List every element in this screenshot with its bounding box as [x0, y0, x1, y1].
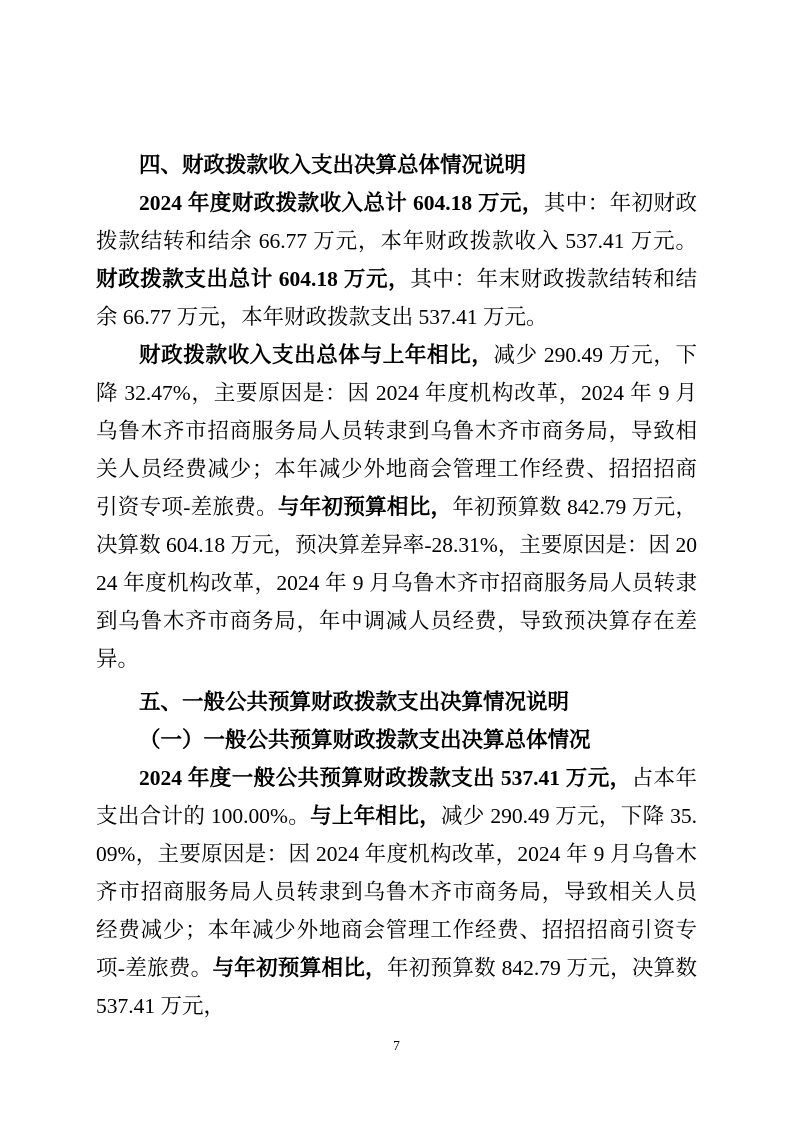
section-heading-four: 四、财政拨款收入支出决算总体情况说明 [96, 146, 697, 184]
subsection-heading-five-one: （一）一般公共预算财政拨款支出决算总体情况 [96, 721, 697, 759]
page-number: 7 [0, 1038, 793, 1054]
bold-run: 财政拨款支出总计 604.18 万元， [96, 267, 410, 291]
para-yoy-and-budget-comparison: 财政拨款收入支出总体与上年相比，减少 290.49 万元，下降 32.47%，主… [96, 336, 697, 678]
bold-run: 2024 年度一般公共预算财政拨款支出 537.41 万元， [139, 766, 632, 790]
bold-run: 与年初预算相比， [278, 495, 452, 519]
bold-run: 财政拨款收入支出总体与上年相比， [139, 343, 494, 367]
para-fiscal-appropriation-totals: 2024 年度财政拨款收入总计 604.18 万元，其中：年初财政拨款结转和结余… [96, 184, 697, 336]
text-run: 减少 290.49 万元，下降 35.09%，主要原因是：因 2024 年度机构… [96, 804, 697, 980]
document-content: 四、财政拨款收入支出决算总体情况说明 2024 年度财政拨款收入总计 604.1… [96, 146, 697, 1025]
bold-run: 与上年相比， [310, 804, 441, 828]
text-run: 年初预算数 842.79 万元，决算数 604.18 万元，预决算差异率-28.… [96, 495, 697, 671]
text-run: 减少 290.49 万元，下降 32.47%，主要原因是：因 2024 年度机构… [96, 343, 697, 519]
bold-run: 与年初预算相比， [213, 956, 387, 980]
section-heading-five: 五、一般公共预算财政拨款支出决算情况说明 [96, 683, 697, 721]
para-general-budget-expenditure: 2024 年度一般公共预算财政拨款支出 537.41 万元，占本年支出合计的 1… [96, 759, 697, 1025]
bold-run: 2024 年度财政拨款收入总计 604.18 万元， [139, 191, 544, 215]
document-page: 四、财政拨款收入支出决算总体情况说明 2024 年度财政拨款收入总计 604.1… [0, 0, 793, 1122]
